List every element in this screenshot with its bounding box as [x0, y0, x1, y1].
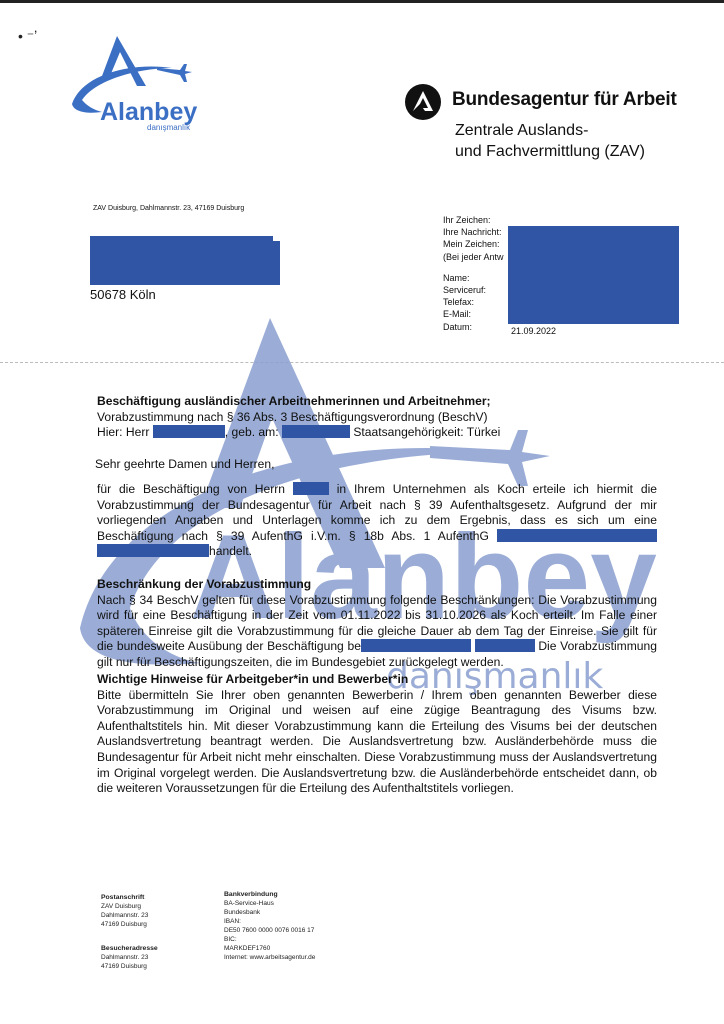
section-notes-heading: Wichtige Hinweise für Arbeitgeber*in und… — [97, 672, 657, 688]
agency-subtitle-line2: und Fachvermittlung (ZAV) — [455, 141, 645, 162]
redacted-recipient-edge — [273, 241, 280, 285]
redacted-employer — [361, 639, 471, 652]
ba-logo-icon — [405, 84, 441, 120]
sender-return-address: ZAV Duisburg, Dahlmannstr. 23, 47169 Dui… — [93, 205, 244, 212]
scan-artifact: • ⁻ʼ — [18, 28, 37, 45]
redacted-name — [153, 425, 225, 438]
alanbey-logo: Alanbey danışmanlık — [62, 34, 222, 134]
scan-edge — [0, 0, 724, 3]
section-important-notes: Wichtige Hinweise für Arbeitgeber*in und… — [97, 672, 657, 797]
label-name: Name: — [443, 272, 504, 284]
recipient-city: 50678 Köln — [90, 287, 156, 302]
redacted-employment-type — [497, 529, 657, 542]
label-telefax: Telefax: — [443, 296, 504, 308]
paragraph-approval: für die Beschäftigung von Herrn in Ihrem… — [97, 482, 657, 560]
subject-title: Beschäftigung ausländischer Arbeitnehmer… — [97, 394, 657, 410]
label-bei-jeder-antwort: (Bei jeder Antw — [443, 251, 504, 263]
subject-line3: Hier: Herr , geb. am: Staatsangehörigkei… — [97, 425, 657, 441]
section-restrictions: Beschränkung der Vorabzustimmung Nach § … — [97, 577, 657, 671]
redacted-employment-type-2 — [97, 544, 209, 557]
label-mein-zeichen: Mein Zeichen: — [443, 238, 504, 250]
svg-text:Alanbey: Alanbey — [100, 98, 197, 126]
letter-date: 21.09.2022 — [511, 326, 556, 336]
fold-line — [0, 362, 724, 363]
redacted-birthdate — [282, 425, 350, 438]
label-datum: Datum: — [443, 321, 504, 333]
agency-name: Bundesagentur für Arbeit — [452, 89, 677, 111]
reference-block: Ihr Zeichen: Ihre Nachricht: Mein Zeiche… — [443, 214, 504, 333]
svg-text:danışmanlık: danışmanlık — [147, 123, 191, 132]
section-restrictions-text: Nach § 34 BeschV gelten für diese Vorabz… — [97, 593, 657, 671]
label-serviceruf: Serviceruf: — [443, 284, 504, 296]
agency-subtitle-line1: Zentrale Auslands- — [455, 120, 645, 141]
greeting: Sehr geehrte Damen und Herren, — [95, 457, 655, 473]
section-notes-text: Bitte übermitteln Sie Ihrer oben genannt… — [97, 688, 657, 797]
label-email: E-Mail: — [443, 308, 504, 320]
redacted-contact-details — [508, 226, 679, 324]
alanbey-logo-icon: Alanbey danışmanlık — [62, 34, 222, 134]
section-restrictions-heading: Beschränkung der Vorabzustimmung — [97, 577, 657, 593]
subject-block: Beschäftigung ausländischer Arbeitnehmer… — [97, 394, 657, 441]
redacted-recipient — [90, 236, 273, 285]
redacted-employer-2 — [475, 639, 535, 652]
footer-visitor-address: Besucheradresse Dahlmannstr. 23 47169 Du… — [101, 944, 158, 971]
footer-website-link[interactable]: Internet: www.arbeitsagentur.de — [224, 953, 315, 962]
footer-postal-address: Postanschrift ZAV Duisburg Dahlmannstr. … — [101, 893, 148, 929]
redacted-name-2 — [293, 482, 329, 495]
label-ihr-zeichen: Ihr Zeichen: — [443, 214, 504, 226]
label-ihre-nachricht: Ihre Nachricht: — [443, 226, 504, 238]
agency-subtitle: Zentrale Auslands- und Fachvermittlung (… — [455, 120, 645, 162]
subject-line2: Vorabzustimmung nach § 36 Abs. 3 Beschäf… — [97, 410, 657, 426]
footer-bank-details: Bankverbindung BA-Service-Haus Bundesban… — [224, 890, 315, 962]
